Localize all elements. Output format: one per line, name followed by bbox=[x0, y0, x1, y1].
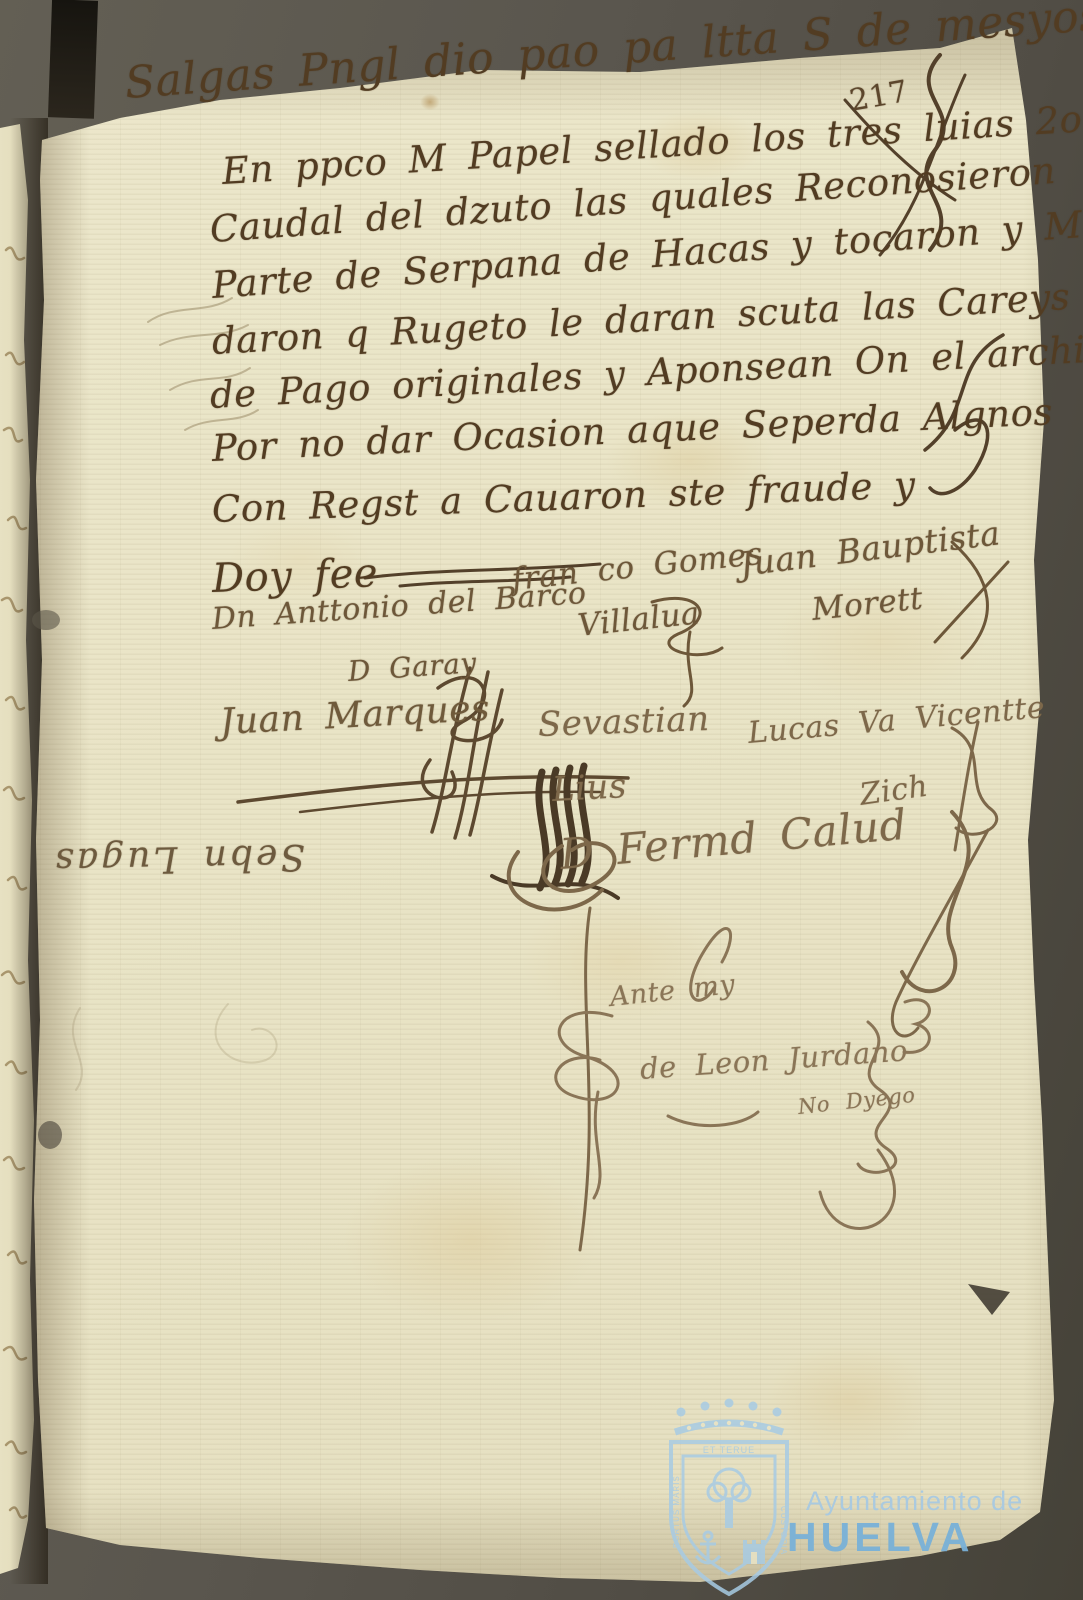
watermark-city: HUELVA bbox=[787, 1514, 973, 1561]
crest-motto-top: ET TERUE bbox=[703, 1445, 755, 1455]
pencil-scribbles bbox=[73, 298, 277, 1090]
manuscript-scan: Salgas Pngl dio pao pa ltta S de mesyos … bbox=[0, 0, 1083, 1600]
bautista-rubric bbox=[935, 542, 1008, 658]
signature-sevastian-line1: Sevastian bbox=[537, 699, 710, 745]
inverted-inscription: Sebn Lugas bbox=[52, 836, 305, 881]
torn-edge-notch bbox=[968, 1284, 1010, 1315]
watermark-organization: Ayuntamiento de bbox=[806, 1486, 1023, 1517]
shield-icon bbox=[671, 1442, 787, 1594]
crest-motto-left: PORTUS MARIS bbox=[672, 1475, 681, 1548]
crown-icon bbox=[675, 1399, 783, 1433]
lucas-rubric bbox=[952, 722, 997, 850]
tower-icon bbox=[743, 1540, 765, 1564]
huelva-crest-watermark: ET TERUE PORTUS MARIS CUSTODIA bbox=[663, 1398, 795, 1600]
tree-icon bbox=[708, 1469, 750, 1528]
signature-sevastian-line2: Lius bbox=[551, 766, 628, 810]
anchor-icon bbox=[696, 1532, 720, 1564]
